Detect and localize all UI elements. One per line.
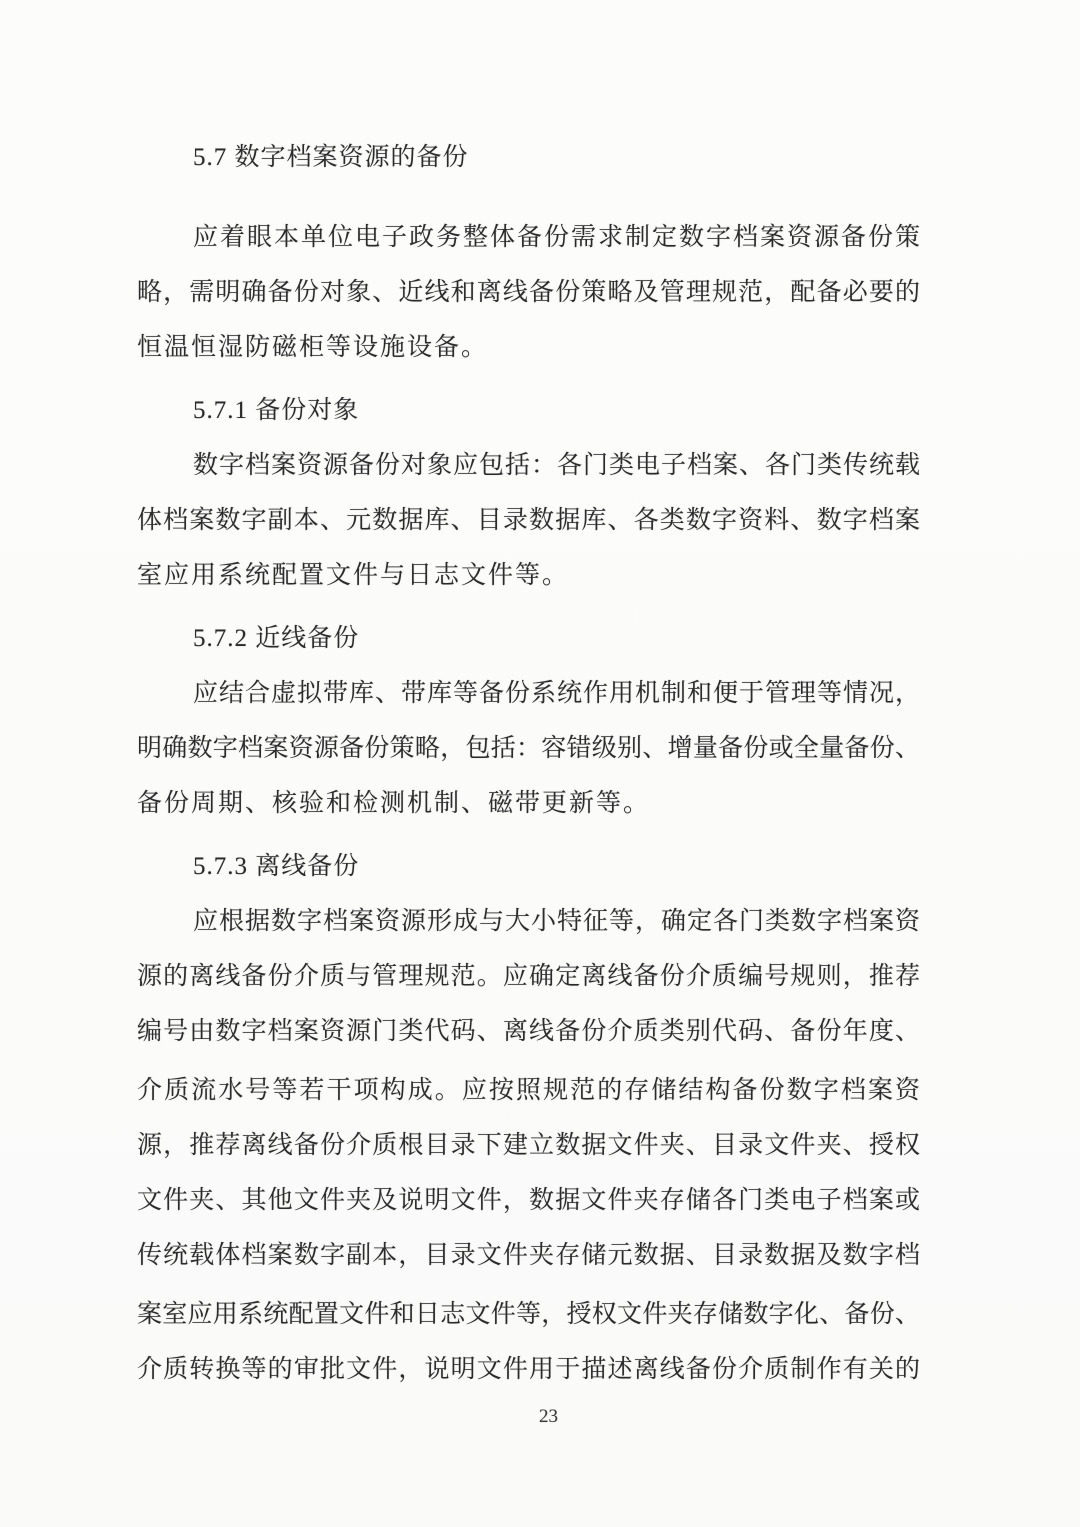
text-line: 备份周期、核验和检测机制、磁带更新等。 [137, 776, 920, 831]
text-line: 介质转换等的审批文件，说明文件用于描述离线备份介质制作有关的 [137, 1342, 920, 1397]
text-line: 源的离线备份介质与管理规范。应确定离线备份介质编号规则，推荐 [137, 949, 920, 1004]
section-heading-5-7: 5.7 数字档案资源的备份 [137, 130, 920, 185]
text-line: 明确数字档案资源备份策略，包括：容错级别、增量备份或全量备份、 [137, 721, 920, 776]
page-content: 5.7 数字档案资源的备份 应着眼本单位电子政务整体备份需求制定数字档案资源备份… [137, 130, 920, 1437]
subsection-heading-5-7-1: 5.7.1 备份对象 [137, 383, 920, 438]
text-line: 介质流水号等若干项构成。应按照规范的存储结构备份数字档案资 [137, 1063, 920, 1118]
text-line: 恒温恒湿防磁柜等设施设备。 [137, 320, 920, 375]
document-page: 5.7 数字档案资源的备份 应着眼本单位电子政务整体备份需求制定数字档案资源备份… [0, 0, 1080, 1527]
text-line: 室应用系统配置文件与日志文件等。 [137, 548, 920, 603]
text-line: 文件夹、其他文件夹及说明文件，数据文件夹存储各门类电子档案或 [137, 1173, 920, 1228]
text-line: 源，推荐离线备份介质根目录下建立数据文件夹、目录文件夹、授权 [137, 1118, 920, 1173]
page-number: 23 [137, 1397, 920, 1437]
text-line: 应根据数字档案资源形成与大小特征等，确定各门类数字档案资 [137, 894, 920, 949]
text-line: 数字档案资源备份对象应包括：各门类电子档案、各门类传统载 [137, 438, 920, 493]
text-line: 传统载体档案数字副本，目录文件夹存储元数据、目录数据及数字档 [137, 1228, 920, 1283]
text-line: 应着眼本单位电子政务整体备份需求制定数字档案资源备份策 [137, 210, 920, 265]
text-line: 体档案数字副本、元数据库、目录数据库、各类数字资料、数字档案 [137, 493, 920, 548]
text-line: 编号由数字档案资源门类代码、离线备份介质类别代码、备份年度、 [137, 1004, 920, 1059]
text-line: 应结合虚拟带库、带库等备份系统作用机制和便于管理等情况， [137, 666, 920, 721]
subsection-heading-5-7-3: 5.7.3 离线备份 [137, 839, 920, 894]
text-line: 案室应用系统配置文件和日志文件等，授权文件夹存储数字化、备份、 [137, 1287, 920, 1342]
text-line: 略，需明确备份对象、近线和离线备份策略及管理规范，配备必要的 [137, 265, 920, 320]
subsection-heading-5-7-2: 5.7.2 近线备份 [137, 611, 920, 666]
